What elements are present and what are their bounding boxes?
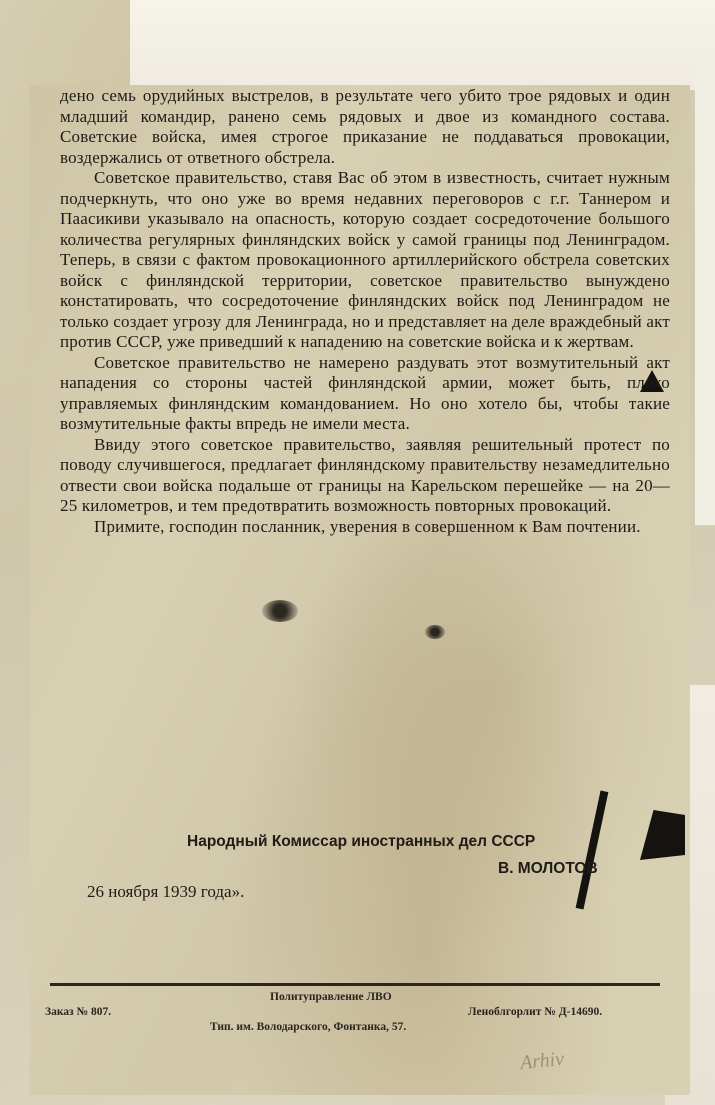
ink-blot [425,625,445,639]
pencil-annotation: Arhiv [519,1048,565,1075]
mounting-paper-top [130,0,715,90]
footer-rule [50,983,660,986]
censor-number: Леноблгорлит № Д-14690. [468,1006,602,1018]
publisher-line: Политуправление ЛВО [270,991,392,1003]
ink-blot [262,600,298,622]
mounting-paper-right [695,70,715,525]
paragraph-3: Советское правительство не намерено разд… [60,353,670,435]
paragraph-5: Примите, господин посланник, уверения в … [60,517,670,538]
signatory-title: Народный Комиссар иностранных дел СССР [187,833,535,851]
paragraph-1: дено семь орудийных выстрелов, в результ… [60,86,670,168]
letter-body: дено семь орудийных выстрелов, в результ… [60,86,670,537]
printer-line: Тип. им. Володарского, Фонтанка, 57. [210,1021,406,1033]
letter-date: 26 ноября 1939 года». [87,882,244,902]
signatory-name: В. МОЛОТОВ [498,860,598,878]
paragraph-4: Ввиду этого советское правительство, зая… [60,435,670,517]
order-number: Заказ № 807. [45,1006,111,1018]
paragraph-2: Советское правительство, ставя Вас об эт… [60,168,670,353]
